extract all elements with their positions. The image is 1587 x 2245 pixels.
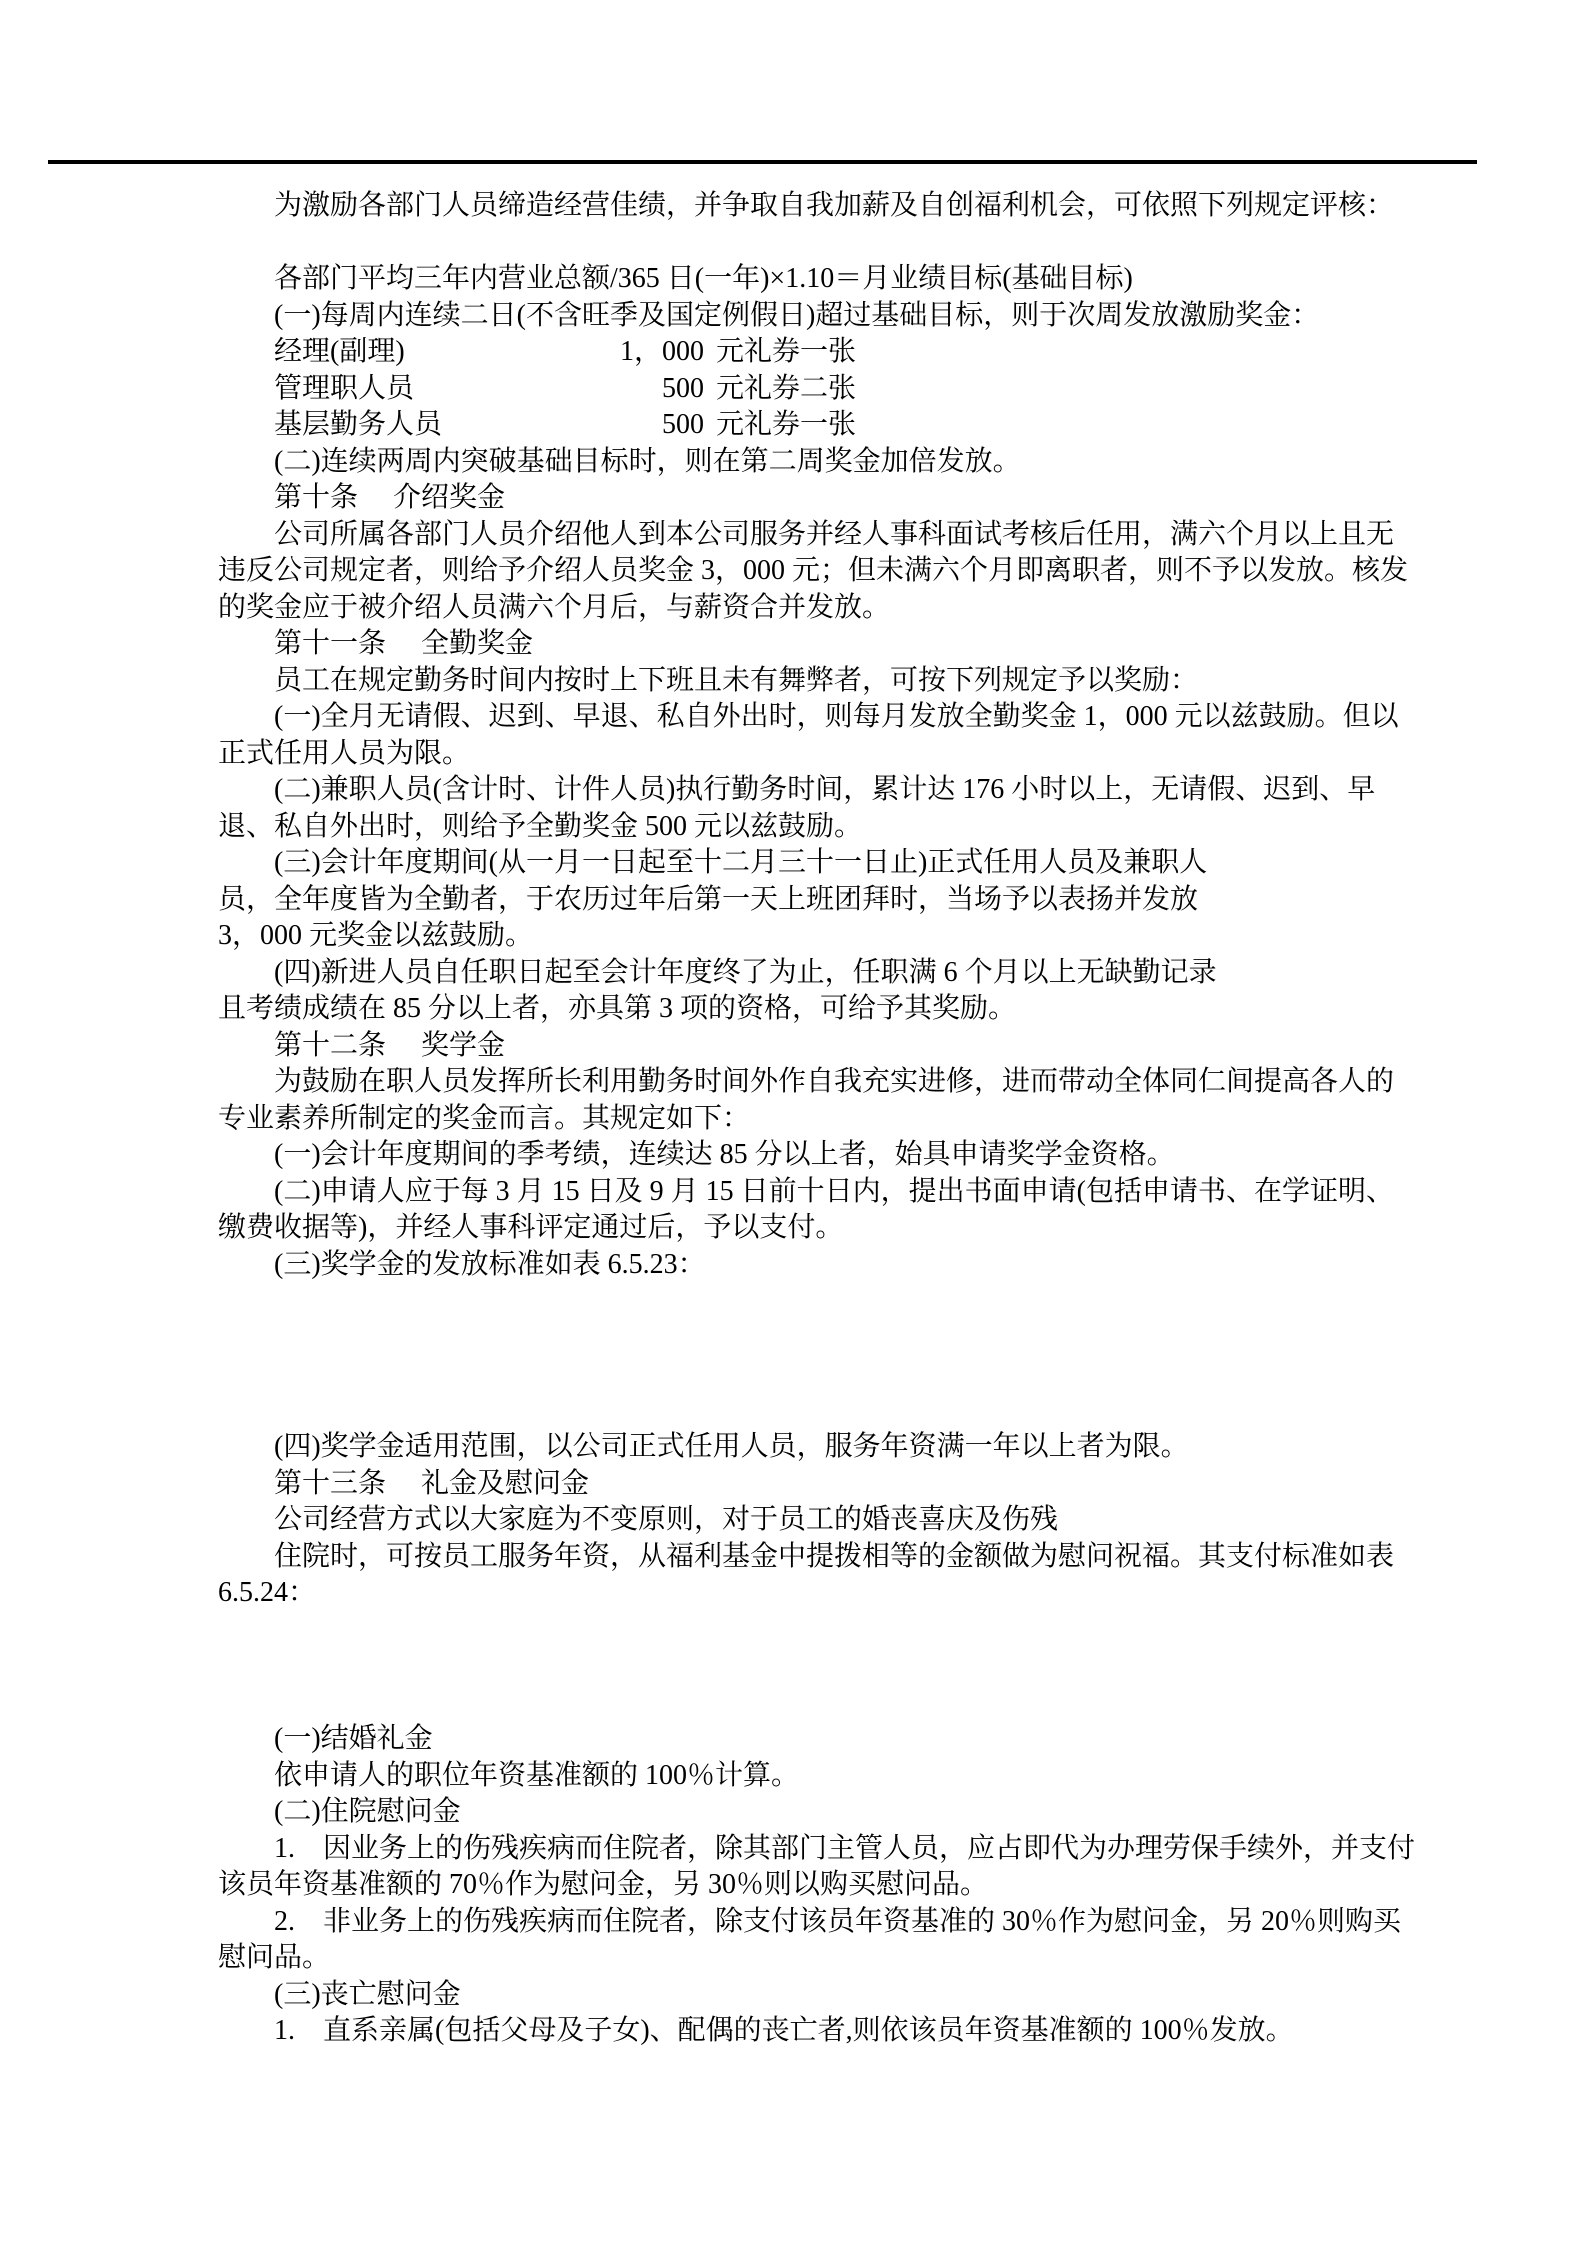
document-page: 为激励各部门人员缔造经营佳绩，并争取自我加薪及自创福利机会，可依照下列规定评核：… [0, 0, 1587, 2245]
text-line: 员工在规定勤务时间内按时上下班且未有舞弊者，可按下列规定予以奖励： [218, 663, 1563, 700]
text-line: 1. 因业务上的伤残疾病而住院者，除其部门主管人员，应占即代为办理劳保手续外，并… [218, 1831, 1563, 1868]
blank-line [218, 1283, 1563, 1320]
text-line: (三)会计年度期间(从一月一日起至十二月三十一日止)正式任用人员及兼职人 [218, 845, 1563, 882]
document-body: 为激励各部门人员缔造经营佳绩，并争取自我加薪及自创福利机会，可依照下列规定评核：… [218, 188, 1563, 2050]
text-line: (一)会计年度期间的季考绩，连续达 85 分以上者，始具申请奖学金资格。 [218, 1137, 1563, 1174]
voucher-row-amount: 500 [544, 371, 704, 408]
text-line: (三)丧亡慰问金 [218, 1977, 1563, 2014]
blank-line [218, 1320, 1563, 1357]
text-line: 第十二条 奖学金 [218, 1028, 1563, 1065]
voucher-row-amount: 500 [544, 407, 704, 444]
text-line: 正式任用人员为限。 [218, 736, 1563, 773]
text-line: 专业素养所制定的奖金而言。其规定如下： [218, 1101, 1563, 1138]
voucher-row: 管理职人员500元礼券二张 [218, 371, 1563, 408]
voucher-row-amount: 1，000 [544, 334, 704, 371]
text-line: 的奖金应于被介绍人员满六个月后，与薪资合并发放。 [218, 590, 1563, 627]
blank-line [218, 225, 1563, 262]
text-line: (二)连续两周内突破基础目标时，则在第二周奖金加倍发放。 [218, 444, 1563, 481]
text-line: (一)每周内连续二日(不含旺季及国定例假日)超过基础目标，则于次周发放激励奖金： [218, 298, 1563, 335]
voucher-row-label: 基层勤务人员 [274, 407, 544, 444]
voucher-row-suffix: 元礼券一张 [716, 334, 856, 371]
text-line: (二)兼职人员(含计时、计件人员)执行勤务时间，累计达 176 小时以上，无请假… [218, 772, 1563, 809]
text-line: 公司所属各部门人员介绍他人到本公司服务并经人事科面试考核后任用，满六个月以上且无 [218, 517, 1563, 554]
text-line: 第十一条 全勤奖金 [218, 626, 1563, 663]
blank-line [218, 1612, 1563, 1649]
text-line: 第十三条 礼金及慰问金 [218, 1466, 1563, 1503]
text-line: 公司经营方式以大家庭为不变原则，对于员工的婚丧喜庆及伤残 [218, 1502, 1563, 1539]
text-line: (二)申请人应于每 3 月 15 日及 9 月 15 日前十日内，提出书面申请(… [218, 1174, 1563, 1211]
voucher-row-suffix: 元礼券二张 [716, 371, 856, 408]
text-line: 1. 直系亲属(包括父母及子女)、配偶的丧亡者,则依该员年资基准额的 100％发… [218, 2013, 1563, 2050]
text-line: 为鼓励在职人员发挥所长利用勤务时间外作自我充实进修，进而带动全体同仁间提高各人的 [218, 1064, 1563, 1101]
text-line: 退、私自外出时，则给予全勤奖金 500 元以兹鼓励。 [218, 809, 1563, 846]
text-line: 违反公司规定者，则给予介绍人员奖金 3，000 元；但未满六个月即离职者，则不予… [218, 553, 1563, 590]
voucher-row: 经理(副理)1，000元礼券一张 [218, 334, 1563, 371]
text-line: 员，全年度皆为全勤者，于农历过年后第一天上班团拜时，当场予以表扬并发放 [218, 882, 1563, 919]
text-line: 住院时，可按员工服务年资，从福利基金中提拨相等的金额做为慰问祝福。其支付标准如表 [218, 1539, 1563, 1576]
text-line: (四)奖学金适用范围，以公司正式任用人员，服务年资满一年以上者为限。 [218, 1429, 1563, 1466]
voucher-row-suffix: 元礼券一张 [716, 407, 856, 444]
text-line: (三)奖学金的发放标准如表 6.5.23： [218, 1247, 1563, 1284]
header-rule [48, 160, 1477, 164]
text-line: 依申请人的职位年资基准额的 100％计算。 [218, 1758, 1563, 1795]
text-line: 各部门平均三年内营业总额/365 日(一年)×1.10＝月业绩目标(基础目标) [218, 261, 1563, 298]
text-line: 3，000 元奖金以兹鼓励。 [218, 918, 1563, 955]
text-line: 缴费收据等)，并经人事科评定通过后，予以支付。 [218, 1210, 1563, 1247]
text-line: 2. 非业务上的伤残疾病而住院者，除支付该员年资基准的 30％作为慰问金，另 2… [218, 1904, 1563, 1941]
text-line: 慰问品。 [218, 1940, 1563, 1977]
text-line: 为激励各部门人员缔造经营佳绩，并争取自我加薪及自创福利机会，可依照下列规定评核： [218, 188, 1563, 225]
blank-line [218, 1393, 1563, 1430]
voucher-row-label: 管理职人员 [274, 371, 544, 408]
voucher-row-label: 经理(副理) [274, 334, 544, 371]
text-line: (一)全月无请假、迟到、早退、私自外出时，则每月发放全勤奖金 1，000 元以兹… [218, 699, 1563, 736]
text-line: 该员年资基准额的 70％作为慰问金，另 30％则以购买慰问品。 [218, 1867, 1563, 1904]
blank-line [218, 1648, 1563, 1685]
voucher-row: 基层勤务人员500元礼券一张 [218, 407, 1563, 444]
blank-line [218, 1685, 1563, 1722]
blank-line [218, 1356, 1563, 1393]
text-line: (一)结婚礼金 [218, 1721, 1563, 1758]
text-line: 第十条 介绍奖金 [218, 480, 1563, 517]
text-line: (二)住院慰问金 [218, 1794, 1563, 1831]
text-line: (四)新进人员自任职日起至会计年度终了为止，任职满 6 个月以上无缺勤记录 [218, 955, 1563, 992]
text-line: 6.5.24： [218, 1575, 1563, 1612]
text-line: 且考绩成绩在 85 分以上者，亦具第 3 项的资格，可给予其奖励。 [218, 991, 1563, 1028]
